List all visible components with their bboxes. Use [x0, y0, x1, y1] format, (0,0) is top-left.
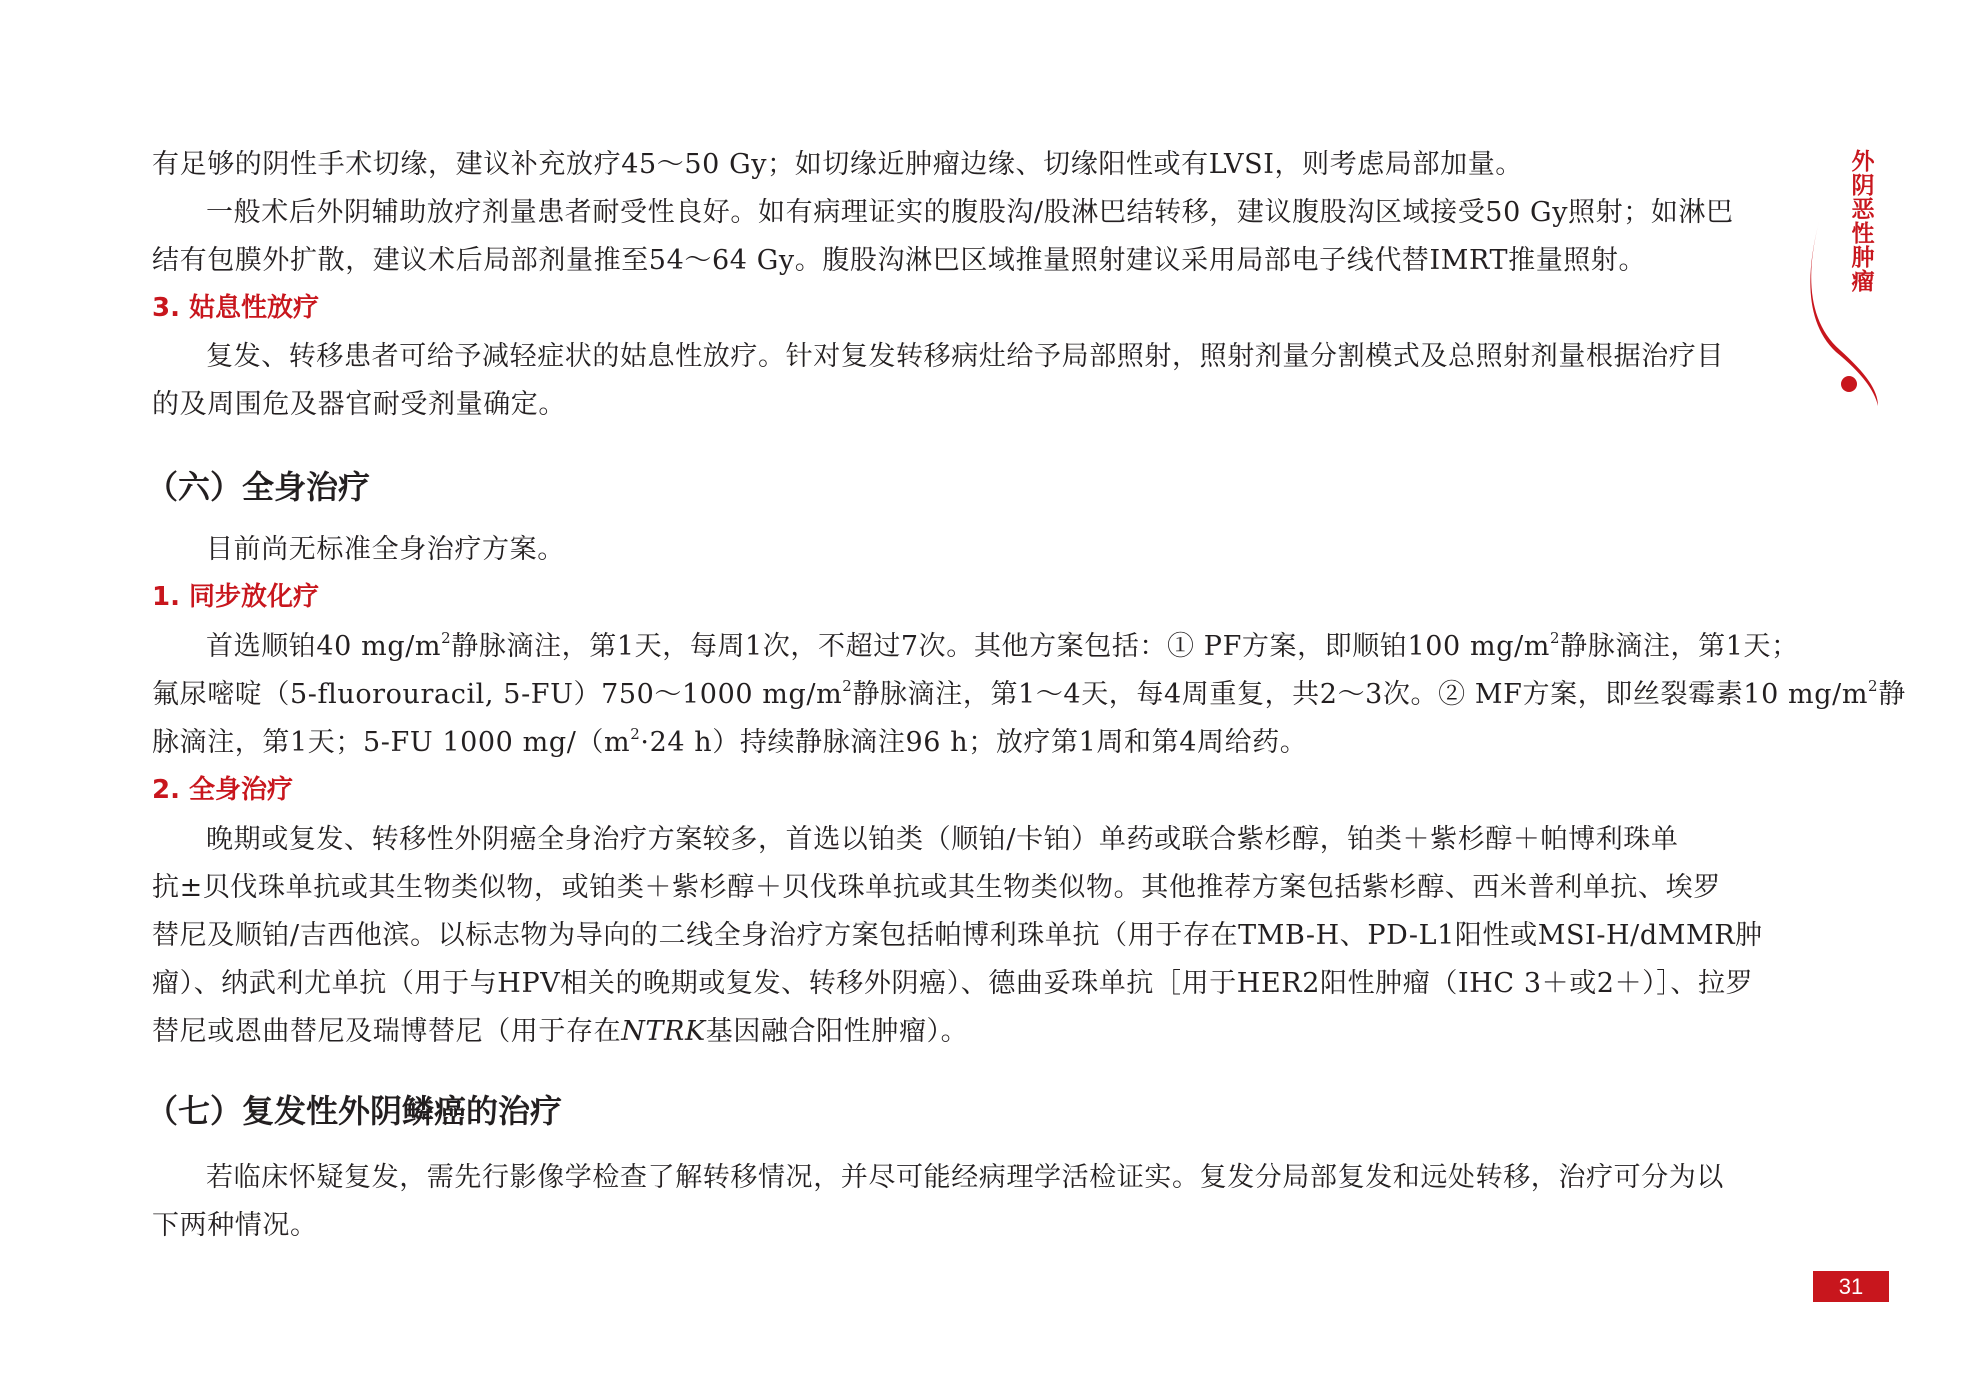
text-span: 静脉滴注，第1～4天，每4周重复，共2～3次。② MF方案，即丝裂霉素10 mg… [852, 679, 1868, 710]
subheading-palliative-radiotherapy: 3. 姑息性放疗 [152, 284, 319, 332]
section-heading-systemic-therapy: （六）全身治疗 [146, 462, 370, 512]
body-text-line: 抗±贝伐珠单抗或其生物类似物，或铂类＋紫杉醇＋贝伐珠单抗或其生物类似物。其他推荐… [152, 864, 1767, 912]
text-span: 氟尿嘧啶（5-fluorouracil, 5-FU）750～1000 mg/m [152, 679, 842, 710]
body-text-line: 复发、转移患者可给予减轻症状的姑息性放疗。针对复发转移病灶给予局部照射，照射剂量… [206, 333, 1767, 381]
body-text-line: 首选顺铂40 mg/m2静脉滴注，第1天，每周1次，不超过7次。其他方案包括：①… [206, 623, 1767, 671]
body-text-line: 氟尿嘧啶（5-fluorouracil, 5-FU）750～1000 mg/m2… [152, 671, 1767, 719]
text-span: 基因融合阳性肿瘤）。 [706, 1016, 969, 1047]
subheading-systemic-therapy: 2. 全身治疗 [152, 766, 293, 814]
text-span: 替尼或恩曲替尼及瑞博替尼（用于存在 [152, 1016, 621, 1047]
body-text-line: 下两种情况。 [152, 1202, 1767, 1250]
body-text-line: 的及周围危及器官耐受剂量确定。 [152, 381, 1767, 429]
text-span: ·24 h）持续静脉滴注96 h；放疗第1周和第4周给药。 [640, 727, 1307, 758]
gene-name-italic: NTRK [621, 1016, 706, 1047]
body-text-line: 晚期或复发、转移性外阴癌全身治疗方案较多，首选以铂类（顺铂/卡铂）单药或联合紫杉… [206, 816, 1767, 864]
page-number-badge: 31 [1813, 1271, 1889, 1302]
body-text-line: 替尼及顺铂/吉西他滨。以标志物为导向的二线全身治疗方案包括帕博利珠单抗（用于存在… [152, 912, 1767, 960]
superscript: 2 [630, 725, 640, 743]
body-text-line: 脉滴注，第1天；5-FU 1000 mg/（m2·24 h）持续静脉滴注96 h… [152, 719, 1767, 767]
superscript: 2 [1550, 629, 1560, 647]
body-text-line: 瘤）、纳武利尤单抗（用于与HPV相关的晚期或复发、转移外阴癌）、德曲妥珠单抗［用… [152, 960, 1767, 1008]
superscript: 2 [441, 629, 451, 647]
section-heading-recurrent-treatment: （七）复发性外阴鳞癌的治疗 [146, 1086, 562, 1136]
body-text-line: 有足够的阴性手术切缘，建议补充放疗45～50 Gy；如切缘近肿瘤边缘、切缘阳性或… [152, 141, 1767, 189]
text-span: 静 [1878, 679, 1906, 710]
body-text-line: 目前尚无标准全身治疗方案。 [206, 526, 1767, 574]
body-text-line: 结有包膜外扩散，建议术后局部剂量推至54～64 Gy。腹股沟淋巴区域推量照射建议… [152, 237, 1767, 285]
text-span: 脉滴注，第1天；5-FU 1000 mg/（m [152, 727, 630, 758]
body-text-line: 若临床怀疑复发，需先行影像学检查了解转移情况，并尽可能经病理学活检证实。复发分局… [206, 1154, 1767, 1202]
subheading-concurrent-chemoradiation: 1. 同步放化疗 [152, 573, 319, 621]
body-text-line: 一般术后外阴辅助放疗剂量患者耐受性良好。如有病理证实的腹股沟/股淋巴结转移，建议… [206, 189, 1767, 237]
text-span: 首选顺铂40 mg/m [206, 631, 441, 662]
superscript: 2 [842, 677, 852, 695]
text-span: 静脉滴注，第1天； [1560, 631, 1799, 662]
decorative-curve-icon [1800, 210, 1890, 410]
text-span: 静脉滴注，第1天，每周1次，不超过7次。其他方案包括：① PF方案，即顺铂100… [451, 631, 1550, 662]
body-text-line: 替尼或恩曲替尼及瑞博替尼（用于存在NTRK基因融合阳性肿瘤）。 [152, 1008, 1767, 1056]
superscript: 2 [1868, 677, 1878, 695]
